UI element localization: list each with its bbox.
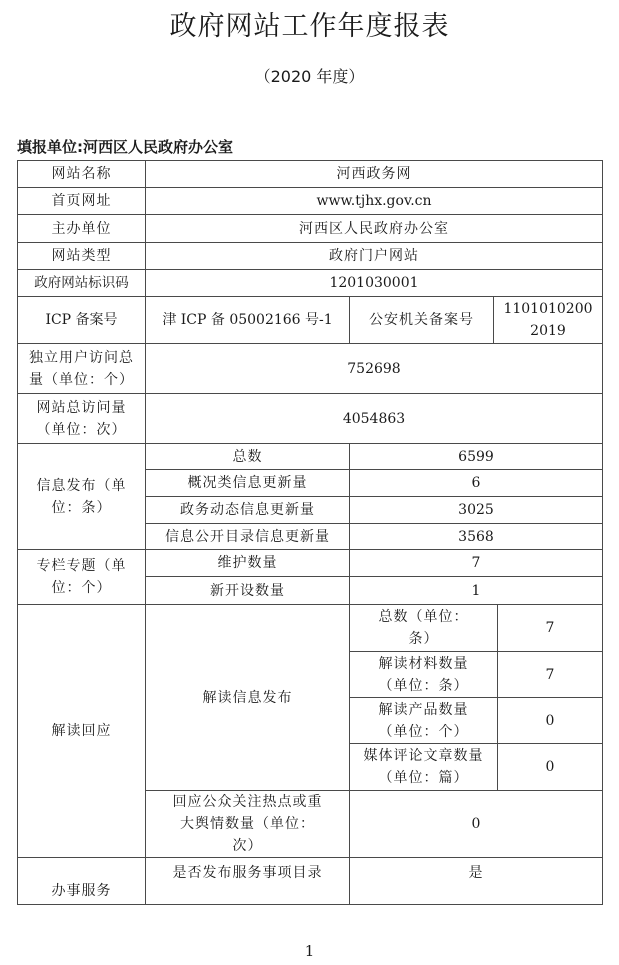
site-type-label: 网站类型 xyxy=(17,242,146,270)
unique-visitors-value: 752698 xyxy=(145,343,603,394)
interpretation-publish-label: 解读信息发布 xyxy=(145,604,350,791)
homepage-url-label: 首页网址 xyxy=(17,187,146,215)
info-publish-row-label: 信息公开目录信息更新量 xyxy=(145,523,350,550)
info-publish-label: 信息发布（单位：条） xyxy=(17,443,146,550)
interpretation-row-value: 0 xyxy=(497,697,603,744)
total-visits-label: 网站总访问量（单位：次） xyxy=(17,393,146,444)
site-type-value: 政府门户网站 xyxy=(145,242,603,270)
site-name-label: 网站名称 xyxy=(17,160,146,188)
services-row-label: 是否发布服务事项目录 xyxy=(145,857,350,905)
interpretation-row-value: 0 xyxy=(497,743,603,791)
report-year: （2020 年度） xyxy=(0,64,619,87)
total-visits-value: 4054863 xyxy=(145,393,603,444)
columns-row-value: 7 xyxy=(349,549,603,577)
filler-unit: 填报单位:河西区人民政府办公室 xyxy=(17,136,233,157)
host-unit-value: 河西区人民政府办公室 xyxy=(145,214,603,243)
services-row-value: 是 xyxy=(349,857,603,905)
info-publish-row-label: 总数 xyxy=(145,443,350,470)
response-value: 0 xyxy=(349,790,603,858)
host-unit-label: 主办单位 xyxy=(17,214,146,243)
columns-row-value: 1 xyxy=(349,576,603,605)
info-publish-row-value: 6 xyxy=(349,469,603,497)
info-publish-row-value: 3025 xyxy=(349,496,603,524)
info-publish-row-value: 6599 xyxy=(349,443,603,470)
interpretation-row-label: 媒体评论文章数量（单位：篇） xyxy=(349,743,498,791)
interpretation-row-value: 7 xyxy=(497,651,603,698)
page-number: 1 xyxy=(0,942,619,960)
report-title: 政府网站工作年度报表 xyxy=(0,4,619,43)
info-publish-row-label: 概况类信息更新量 xyxy=(145,469,350,497)
interpretation-row-label: 解读产品数量（单位：个） xyxy=(349,697,498,744)
interpretation-row-label: 解读材料数量（单位：条） xyxy=(349,651,498,698)
interpretation-row-label: 总数（单位：条） xyxy=(349,604,498,652)
icp-label: ICP 备案号 xyxy=(17,296,146,344)
interpretation-label: 解读回应 xyxy=(17,604,146,858)
columns-row-label: 新开设数量 xyxy=(145,576,350,605)
info-publish-row-label: 政务动态信息更新量 xyxy=(145,496,350,524)
police-record-label: 公安机关备案号 xyxy=(349,296,494,344)
columns-row-label: 维护数量 xyxy=(145,549,350,577)
site-name-value: 河西政务网 xyxy=(145,160,603,188)
police-record-value: 11010102002019 xyxy=(493,296,603,344)
info-publish-row-value: 3568 xyxy=(349,523,603,550)
interpretation-row-value: 7 xyxy=(497,604,603,652)
unique-visitors-label: 独立用户访问总量（单位：个） xyxy=(17,343,146,394)
columns-label: 专栏专题（单位：个） xyxy=(17,549,146,605)
response-label: 回应公众关注热点或重大舆情数量（单位：次） xyxy=(145,790,350,858)
site-id-code-value: 1201030001 xyxy=(145,269,603,297)
homepage-url-value: www.tjhx.gov.cn xyxy=(145,187,603,215)
services-label: 办事服务 xyxy=(17,857,146,905)
site-id-code-label: 政府网站标识码 xyxy=(17,269,146,297)
icp-value: 津 ICP 备 05002166 号-1 xyxy=(145,296,350,344)
